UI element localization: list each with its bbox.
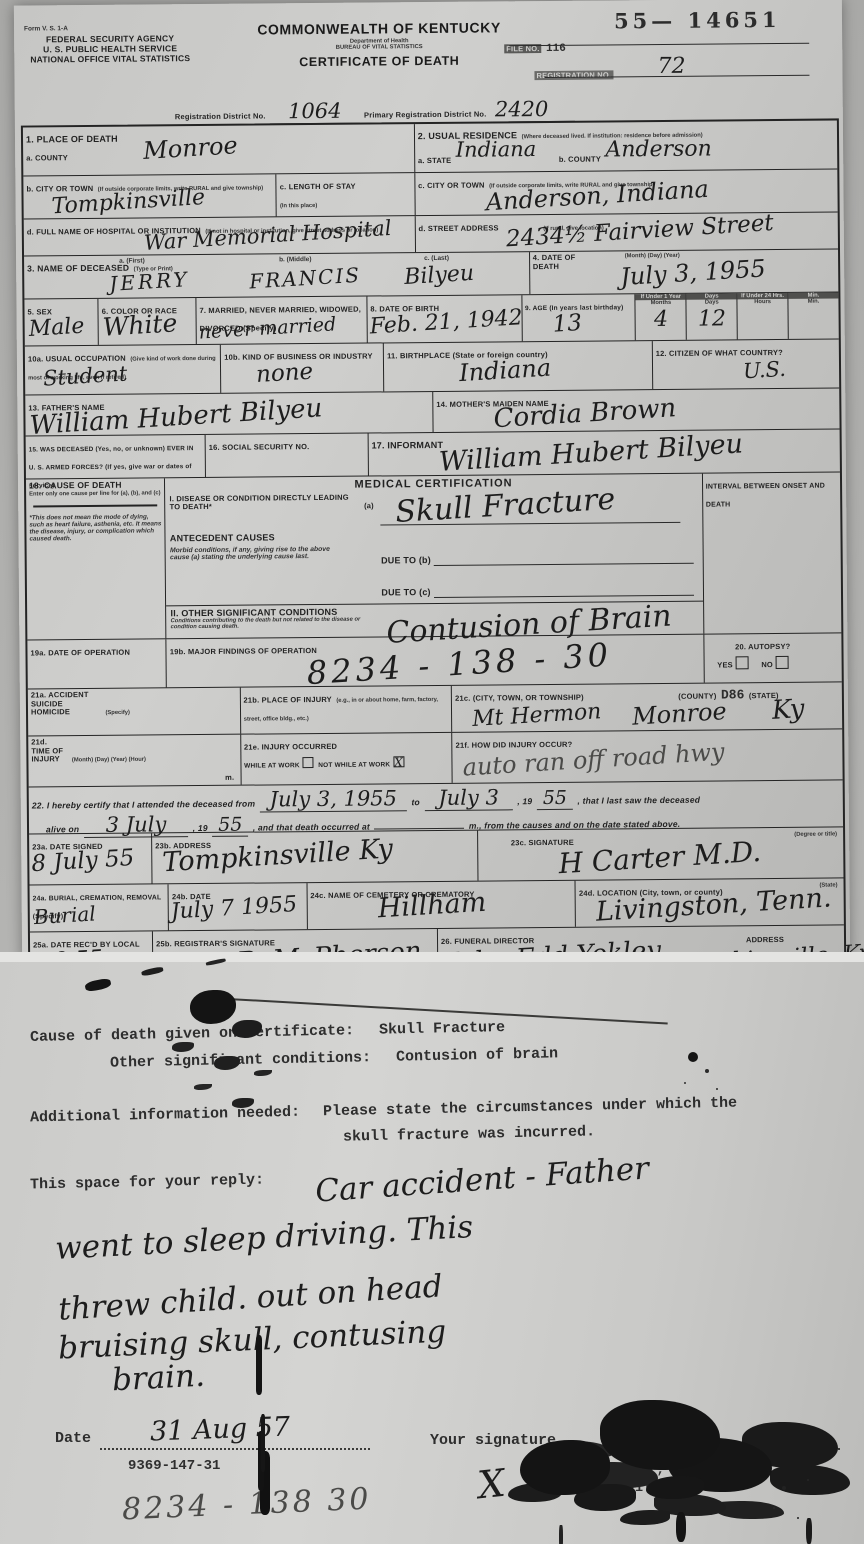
county-value: Monroe [142, 131, 238, 165]
autopsy-label: 20. AUTOPSY? [735, 642, 790, 651]
middle-col-label: b. (Middle) [279, 256, 312, 263]
date-signed-value: 8 July 55 [31, 845, 135, 877]
major-findings-label: 19b. MAJOR FINDINGS OF OPERATION [170, 646, 317, 656]
cause-note-1: Enter only one cause per line for (a), (… [29, 490, 161, 498]
certify-text-3: alive on [46, 824, 79, 834]
date-of-death-cols: (Month) (Day) (Year) [625, 253, 680, 260]
time-m-suffix: m. [225, 774, 234, 783]
date-of-death-label: 4. DATE OF DEATH [533, 254, 581, 272]
length-of-stay-label: c. LENGTH OF STAY [280, 182, 356, 192]
certify-to-value: July 3 [424, 785, 513, 811]
business-value: none [256, 359, 315, 388]
agency-line-3: NATIONAL OFFICE VITAL STATISTICS [30, 54, 190, 65]
informant-value: William Hubert Bilyeu [438, 428, 744, 478]
color-race-value: White [102, 308, 178, 342]
reply-hw-line-2: went to sleep driving. This [54, 1209, 474, 1267]
not-while-at-work-checkbox: X [393, 757, 404, 768]
funeral-address-label: ADDRESS [746, 936, 784, 945]
morbid-note: Morbid conditions, if any, giving rise t… [170, 546, 350, 563]
name-last-value: Bilyeu [404, 261, 475, 290]
reply-sheet: Cause of death given on certificate: Sku… [0, 962, 864, 1544]
cause-note-2: *This does not mean the mode of dying, s… [29, 515, 162, 544]
additional-info-value-1: Please state the circumstances under whi… [323, 1095, 737, 1121]
age-days-value: 12 [687, 306, 737, 331]
injury-occurred-label: 21e. INJURY OCCURRED [244, 742, 337, 752]
death-hour-blank [374, 828, 464, 830]
x-mark: X [476, 1461, 508, 1508]
certificate-header: Form V. S. 1-A FEDERAL SECURITY AGENCY U… [14, 0, 843, 126]
certify-yr2: , 19 [193, 823, 208, 833]
ink-speckle-mid-right [688, 1052, 698, 1062]
certify-to-word: to [411, 797, 420, 807]
residence-county-label: b. COUNTY [559, 155, 601, 164]
certify-yr: , 19 [517, 796, 532, 806]
disease-condition-label: I. DISEASE OR CONDITION DIRECTLY LEADING… [169, 493, 359, 512]
not-while-at-work-label: NOT WHILE AT WORK [318, 761, 390, 769]
due-to-b-label: DUE TO (b) [381, 555, 431, 566]
district-label: Registration District No. [175, 111, 266, 121]
time-of-injury-cols: (Month) (Day) (Year) (Hour) [72, 757, 146, 764]
antecedent-causes-label: ANTECEDENT CAUSES [170, 528, 698, 543]
length-of-stay-note: (In this place) [280, 203, 317, 209]
cause-line-label: Cause of death given on certificate: [30, 1022, 354, 1046]
bureau-line: BUREAU OF VITAL STATISTICS [249, 44, 509, 53]
interval-label: INTERVAL BETWEEN ONSET AND DEATH [706, 483, 825, 509]
occupation-value: Student [42, 361, 127, 390]
other-cond-label: Other significant conditions: [110, 1049, 371, 1071]
sex-value: Male [28, 314, 85, 342]
place-of-death-title: 1. PLACE OF DEATH [26, 134, 118, 145]
age-value: 13 [551, 310, 582, 338]
street-address-label: d. STREET ADDRESS [418, 223, 498, 233]
major-findings-value: 8234 - 138 - 30 [306, 635, 613, 692]
reply-hw-line-5: brain. [111, 1358, 206, 1399]
ink-blot-signature [520, 1440, 610, 1495]
name-first-value: JERRY [109, 267, 191, 296]
injury-city-value: Mt Hermon [472, 699, 603, 732]
ink-marks-bottom-edge [676, 1512, 686, 1542]
min-label: Min. [789, 299, 839, 306]
form-code: Form V. S. 1-A [24, 25, 68, 33]
residence-state-label: a. STATE [418, 156, 451, 165]
while-at-work-checkbox [303, 757, 314, 768]
informant-label: 17. INFORMANT [372, 440, 444, 451]
due-to-c-label: DUE TO (c) [381, 587, 430, 598]
name-middle-value: FRANCIS [249, 263, 362, 294]
autopsy-yes-checkbox [736, 657, 749, 670]
registration-no-label: REGISTRATION NO. [534, 70, 613, 80]
cemetery-value: Hillham [377, 887, 487, 925]
ink-speckle-right [760, 1470, 768, 1478]
ssn-label: 16. SOCIAL SECURITY NO. [209, 442, 310, 452]
form-code-bottom: 9369-147-31 [128, 1458, 220, 1474]
accident-suicide-label: 21a. ACCIDENT SUICIDE HOMICIDE [31, 691, 101, 717]
first-col-label: a. (First) [119, 257, 145, 264]
age-months-value: 4 [636, 307, 686, 332]
cause-line-value: Skull Fracture [379, 1019, 505, 1039]
marital-value: never married [198, 313, 337, 343]
birthplace-value: Indiana [458, 354, 552, 388]
district-value: 1064 [270, 99, 360, 125]
other-conditions-note: Conditions contributing to the death but… [171, 616, 381, 631]
residence-county-value: Anderson [605, 137, 712, 163]
cert-title: CERTIFICATE OF DEATH [249, 53, 509, 69]
injury-state-value: Ky [771, 694, 805, 726]
residence-city-label: c. CITY OR TOWN [418, 181, 485, 191]
residence-city-value: Anderson, Indiana [485, 175, 710, 217]
residence-state-value: Indiana [456, 137, 537, 162]
ink-drip [256, 1335, 262, 1395]
citizen-label: 12. CITIZEN OF WHAT COUNTRY? [656, 348, 783, 358]
autopsy-yes-label: YES [717, 660, 733, 669]
certify-from-value: July 3, 1955 [260, 786, 408, 812]
place-of-injury-label: 21b. PLACE OF INJURY [243, 695, 331, 705]
autopsy-no-checkbox [776, 656, 789, 669]
hours-label: Hours [738, 299, 788, 306]
time-of-injury-label: 21d. TIME OF INJURY [31, 738, 67, 764]
reply-space-label: This space for your reply: [30, 1172, 264, 1194]
serial-number: 55— 14651 [614, 7, 781, 33]
degree-title-note: (Degree or title) [794, 831, 837, 838]
burial-value: Burial [33, 901, 96, 929]
date-of-operation-label: 19a. DATE OF OPERA­TION [30, 648, 130, 658]
street-address-value: 2434½ Fairview Street [505, 210, 774, 252]
injury-county-value: Monroe [632, 697, 728, 731]
date-value: 31 Aug 57 [150, 1412, 291, 1448]
other-cond-value: Contusion of brain [396, 1045, 558, 1065]
certify-text-1: 22. I hereby certify that I attended the… [32, 799, 255, 811]
county-label: a. COUNTY [26, 153, 68, 162]
while-at-work-label: WHILE AT WORK [244, 762, 300, 769]
date-underline [100, 1448, 370, 1450]
citizen-value: U.S. [742, 357, 786, 384]
primary-district-value: 2420 [491, 97, 575, 123]
accident-specify-note: (Specify) [105, 710, 130, 716]
state-title: COMMONWEALTH OF KENTUCKY [249, 19, 509, 37]
last-col-label: c. (Last) [424, 255, 449, 262]
hand-code-value: 8234 - 138 30 [121, 1482, 372, 1528]
hospital-value: War Memorial Hospital [143, 216, 392, 255]
scanned-death-certificate: Form V. S. 1-A FEDERAL SECURITY AGENCY U… [0, 0, 864, 1544]
date-of-death-value: July 3, 1955 [619, 254, 766, 291]
reply-hw-line-1: Car accident - Father [314, 1150, 650, 1209]
additional-info-label: Additional information needed: [30, 1104, 300, 1127]
disease-a-tag: (a) [364, 501, 374, 510]
primary-district-label: Primary Registration District No. [364, 110, 487, 120]
certificate-form: 1. PLACE OF DEATH a. COUNTY Monroe 2. US… [21, 118, 847, 996]
certify-text-2: , that I last saw the deceased [577, 795, 700, 806]
additional-info-value-2: skull fracture was incurred. [343, 1123, 595, 1145]
autopsy-no-label: NO [761, 660, 773, 669]
certify-yr-value: 55 [537, 787, 573, 810]
physician-signature: H Carter M.D. [557, 835, 761, 880]
date-label: Date [55, 1430, 91, 1447]
certificate-sheet: Form V. S. 1-A FEDERAL SECURITY AGENCY U… [14, 0, 850, 962]
